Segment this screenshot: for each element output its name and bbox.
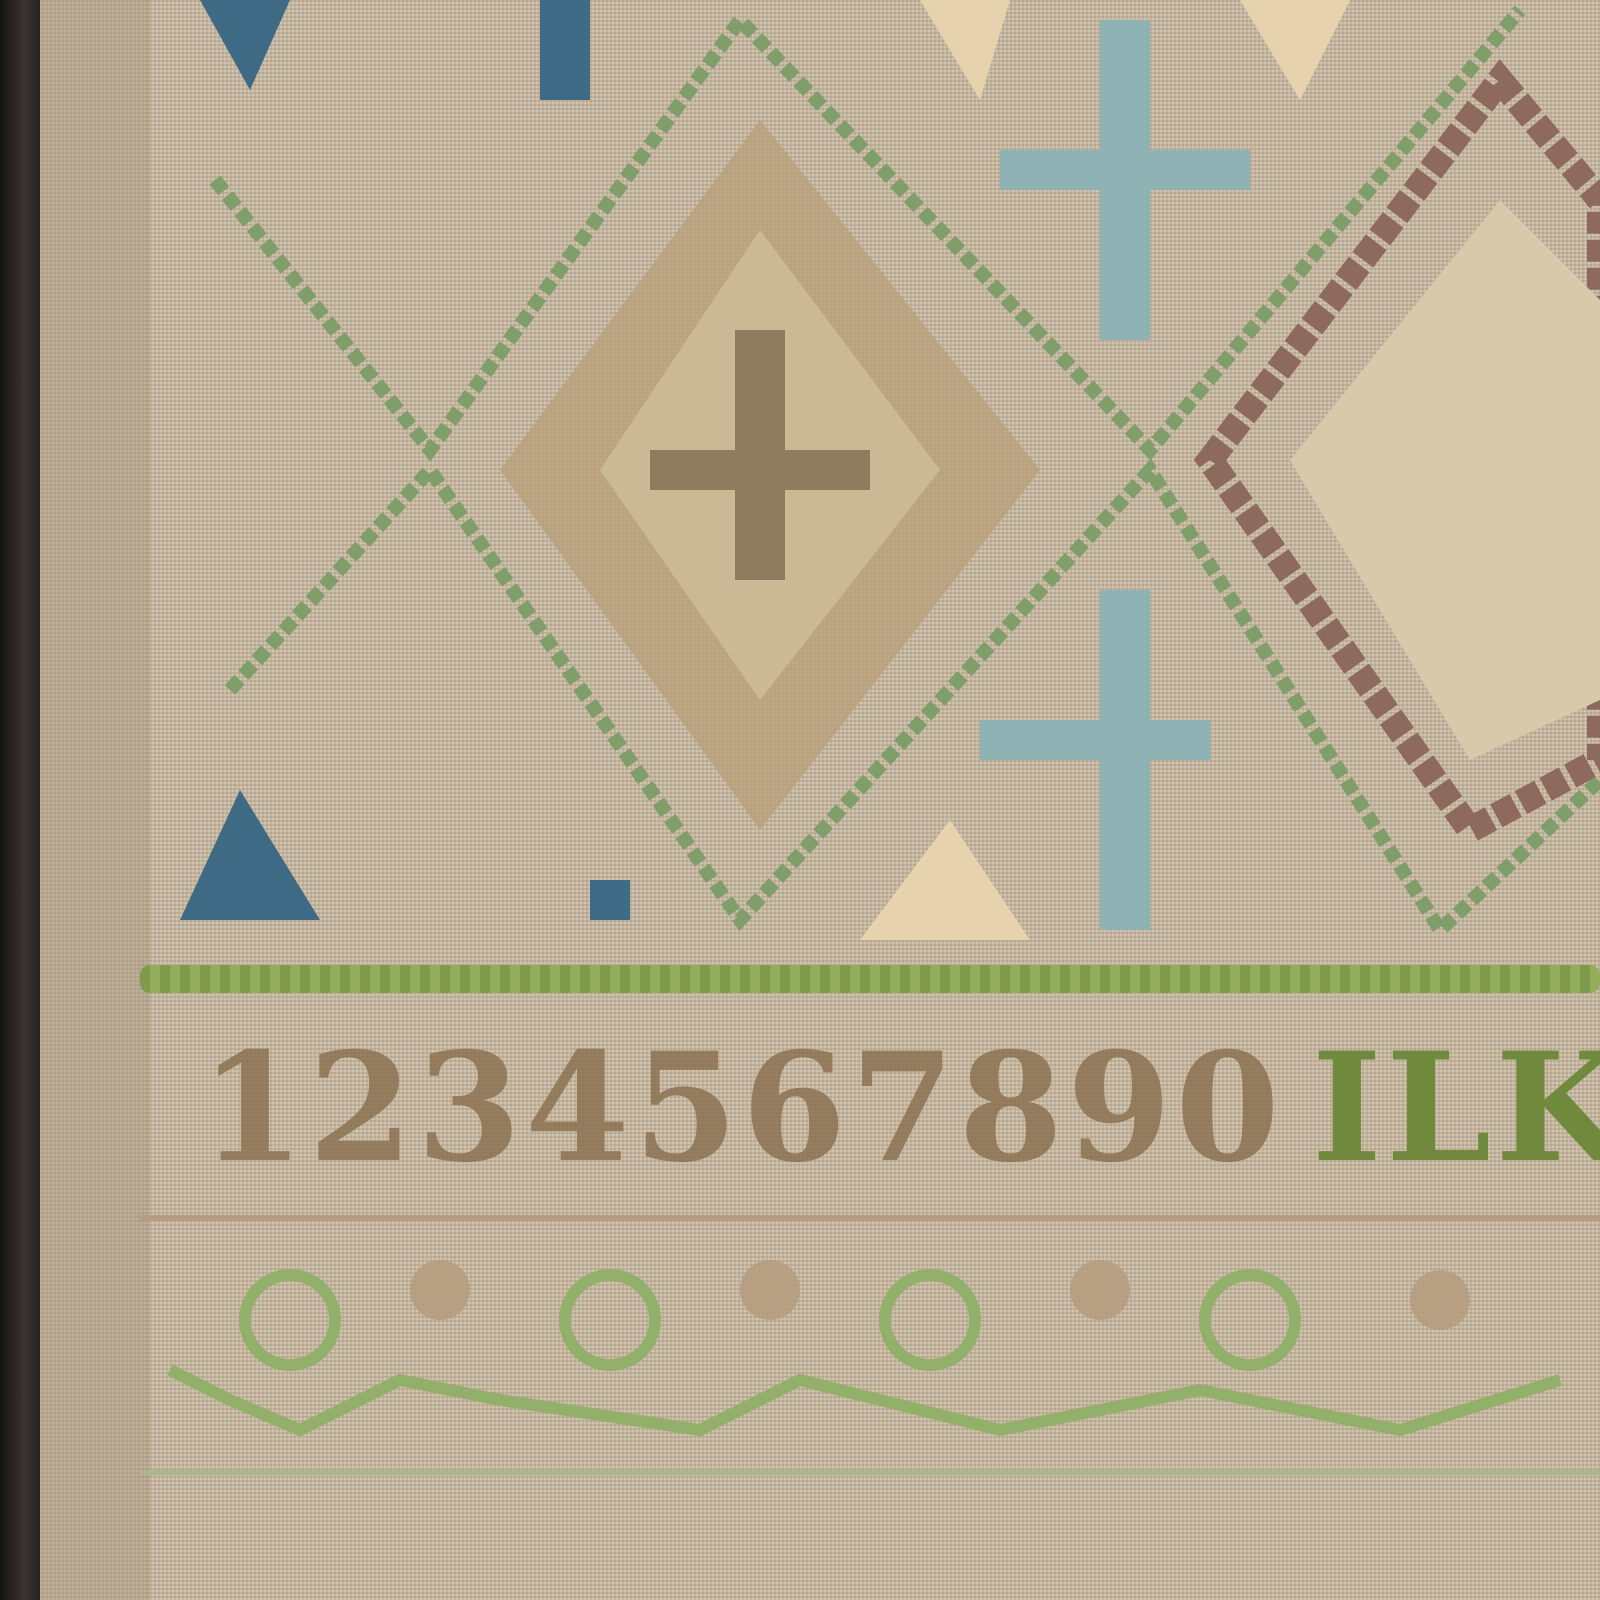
stitched-alphabet-row: 1234567890 ILK	[200, 1020, 1600, 1196]
stitched-numerals: 1234567890	[200, 1020, 1284, 1196]
sampler-photo: 1234567890 ILK	[0, 0, 1600, 1600]
embroidery-motifs	[0, 0, 1600, 1600]
stitched-letters: ILK	[1312, 1020, 1600, 1196]
green-cord-border	[140, 965, 1600, 993]
divider-line	[140, 1215, 1600, 1221]
lower-divider-line	[140, 1470, 1600, 1475]
